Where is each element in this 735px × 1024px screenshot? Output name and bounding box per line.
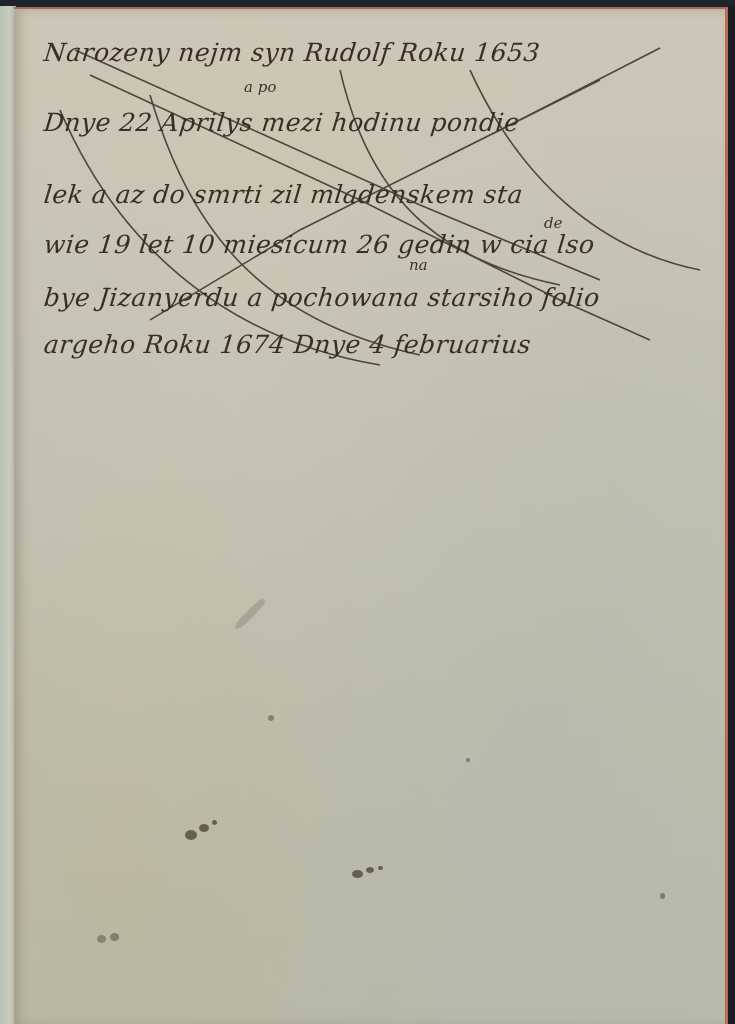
manuscript-line-1: Narozeny nejm syn Rudolf Roku 1653 xyxy=(42,38,541,67)
background-right xyxy=(728,6,735,1024)
ink-spot xyxy=(185,830,197,840)
ink-spot xyxy=(466,758,470,762)
ink-spot xyxy=(352,870,363,878)
ink-spot xyxy=(212,820,217,825)
ink-spot xyxy=(199,824,209,832)
ink-spot xyxy=(268,715,274,721)
interlinear-insertion-1: a po xyxy=(244,78,276,96)
manuscript-line-2: Dnye 22 Aprilys mezi hodinu pondie xyxy=(42,108,521,137)
ink-spot xyxy=(378,866,383,870)
manuscript-line-3: lek a az do smrti zil mladenskem sta xyxy=(42,180,524,209)
manuscript-line-4: wie 19 let 10 miesicum 26 gedin w cia ls… xyxy=(42,230,596,259)
ink-spot xyxy=(366,867,374,873)
manuscript-line-6: argeho Roku 1674 Dnye 4 februarius xyxy=(42,330,532,359)
manuscript-line-5: bye Jizanyerdu a pochowana starsiho foli… xyxy=(42,283,601,312)
ink-spot xyxy=(97,935,106,943)
ink-spot xyxy=(110,933,119,941)
ink-spot xyxy=(660,893,665,899)
interlinear-insertion-3: na xyxy=(409,256,428,274)
